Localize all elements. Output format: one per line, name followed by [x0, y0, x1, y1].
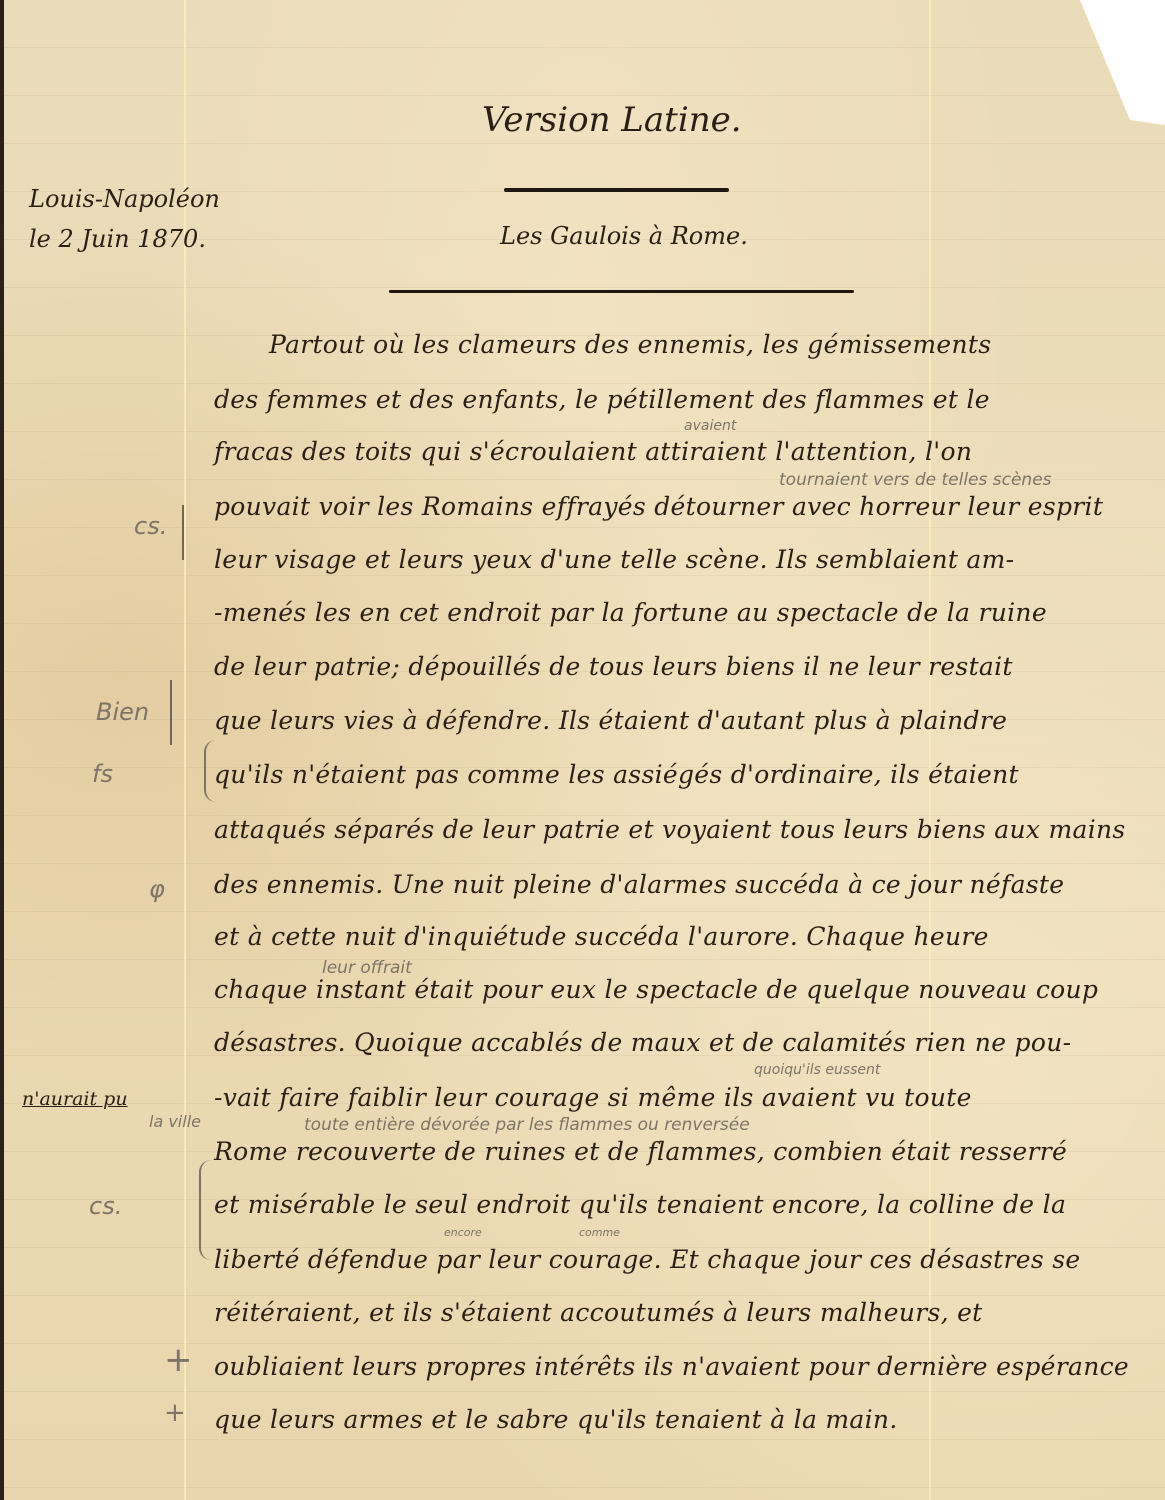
body-line: fracas des toits qui s'écroulaient attir… [214, 437, 972, 466]
correction-note: tournaient vers de telles scènes [779, 470, 1052, 490]
margin-note: φ [149, 875, 165, 903]
body-line: que leurs vies à défendre. Ils étaient d… [214, 706, 1007, 735]
body-line: Partout où les clameurs des ennemis, les… [269, 330, 991, 359]
body-line: leur visage et leurs yeux d'une telle sc… [214, 545, 1014, 574]
margin-note: n'aurait pu [22, 1088, 128, 1110]
body-line: liberté défendue par leur courage. Et ch… [214, 1245, 1080, 1274]
body-line: et à cette nuit d'inquiétude succéda l'a… [214, 922, 989, 951]
margin-note: + [164, 1340, 193, 1380]
body-line: des ennemis. Une nuit pleine d'alarmes s… [214, 870, 1064, 899]
author-name: Louis-Napoléon [29, 185, 220, 213]
margin-bar [170, 680, 172, 745]
body-line: chaque instant était pour eux le spectac… [214, 975, 1098, 1004]
margin-note: cs. [134, 512, 167, 540]
fold-line [929, 0, 931, 1500]
body-line: et misérable le seul endroit qu'ils tena… [214, 1190, 1066, 1219]
margin-bracket [204, 740, 218, 802]
body-line: Rome recouverte de ruines et de flammes,… [214, 1137, 1067, 1166]
body-line: attaqués séparés de leur patrie et voyai… [214, 815, 1126, 844]
correction-note: encore [444, 1226, 482, 1239]
subtitle-rule [389, 290, 854, 293]
margin-note: cs. [89, 1192, 122, 1220]
paper-sheet: Version Latine. Les Gaulois à Rome. Loui… [0, 0, 1165, 1500]
correction-note: leur offrait [322, 958, 412, 978]
margin-bracket [199, 1160, 215, 1260]
body-line: -menés les en cet endroit par la fortune… [214, 598, 1047, 627]
margin-note: + [164, 1398, 186, 1428]
body-line: oubliaient leurs propres intérêts ils n'… [214, 1352, 1129, 1381]
correction-note: avaient [684, 418, 736, 434]
correction-note: quoiqu'ils eussent [754, 1062, 880, 1078]
body-line: réitéraient, et ils s'étaient accoutumés… [214, 1298, 983, 1327]
body-line: désastres. Quoique accablés de maux et d… [214, 1028, 1071, 1057]
body-line: pouvait voir les Romains effrayés détour… [214, 492, 1103, 521]
margin-note: la ville [149, 1112, 201, 1131]
correction-note: comme [579, 1226, 620, 1239]
body-line: de leur patrie; dépouillés de tous leurs… [214, 652, 1013, 681]
document-subtitle: Les Gaulois à Rome. [500, 222, 748, 250]
title-rule [504, 188, 729, 192]
body-line: -vait faire faiblir leur courage si même… [214, 1083, 972, 1112]
body-line: que leurs armes et le sabre qu'ils tenai… [214, 1405, 898, 1434]
margin-note: Bien [96, 698, 149, 726]
body-line: qu'ils n'étaient pas comme les assiégés … [214, 760, 1019, 789]
document-date: le 2 Juin 1870. [29, 225, 206, 253]
document-title: Version Latine. [482, 100, 742, 140]
margin-bar [182, 505, 184, 560]
body-line: des femmes et des enfants, le pétillemen… [214, 385, 990, 414]
margin-note: fs [92, 760, 113, 788]
correction-note: toute entière dévorée par les flammes ou… [304, 1115, 750, 1135]
